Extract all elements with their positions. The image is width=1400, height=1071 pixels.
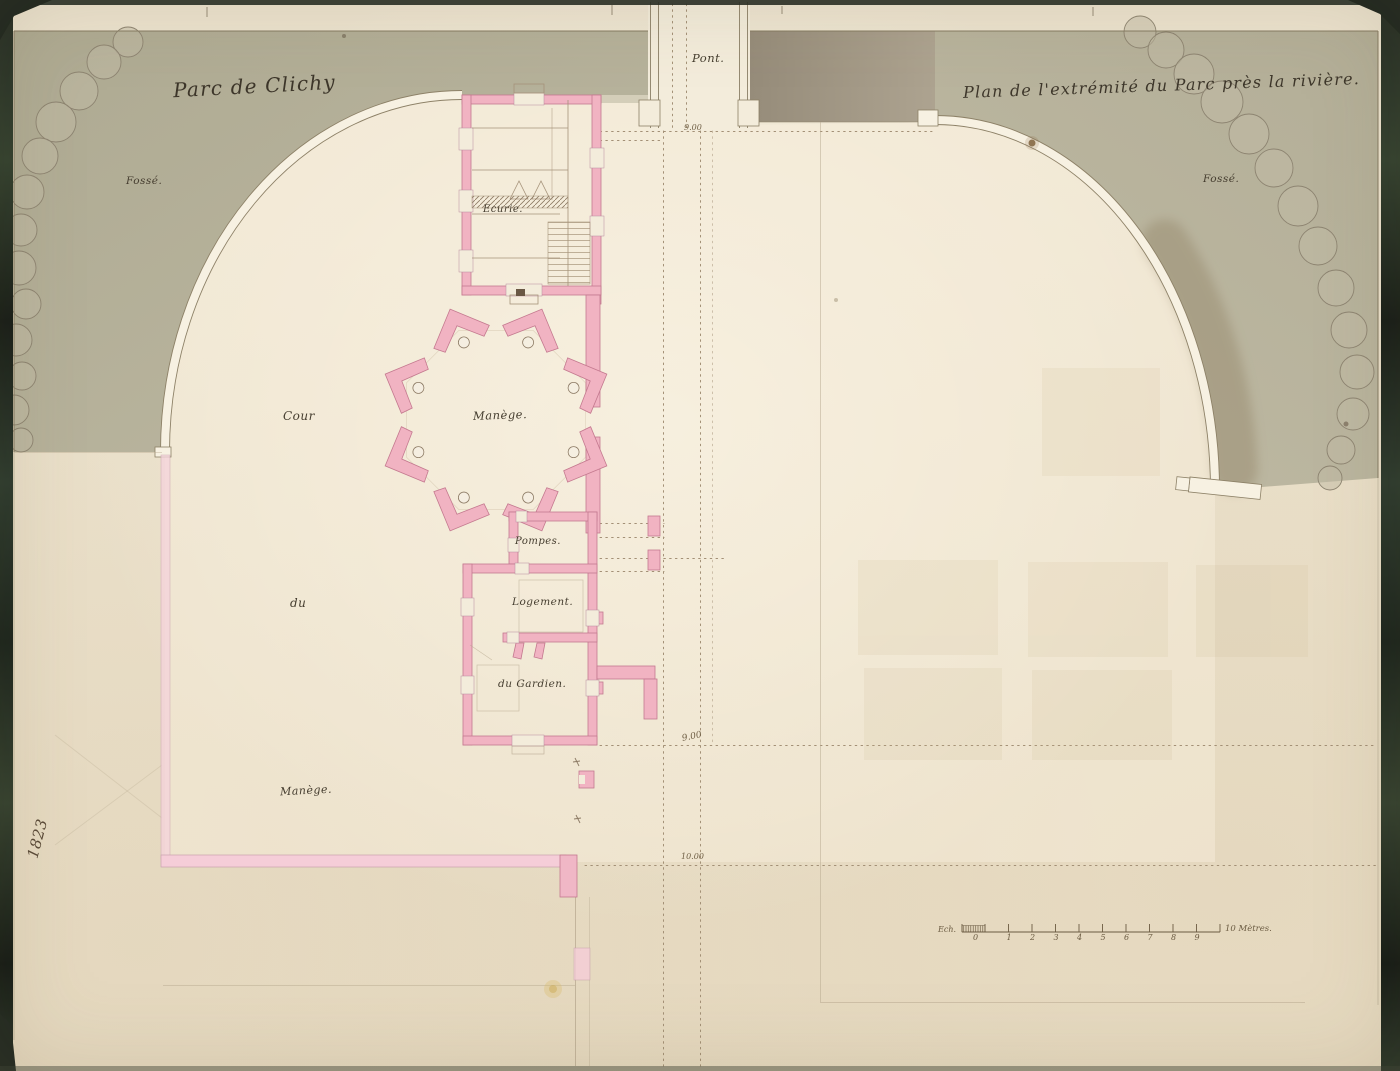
- scale-tick-label: 4: [1077, 934, 1082, 942]
- label-logement: Logement.: [512, 597, 573, 608]
- scale-tick-label: 0: [973, 934, 978, 942]
- scale-tick-label: 3: [1054, 934, 1059, 942]
- scale-bar: [962, 924, 1220, 932]
- gate-pier: [648, 516, 660, 536]
- scale-tick-label: 1: [1007, 934, 1012, 942]
- label-pompes: Pompes.: [515, 537, 561, 547]
- label-cour: Cour: [283, 410, 315, 422]
- scale-tick-label: 8: [1171, 934, 1176, 942]
- label-fosse-left: Fossé.: [126, 176, 162, 187]
- scale-tick-label: 2: [1030, 934, 1035, 942]
- scale-tick-label: 9: [1195, 934, 1200, 942]
- label-du: du: [290, 597, 306, 609]
- bridge-abutment-left: [639, 100, 660, 126]
- label-fosse-right: Fossé.: [1203, 174, 1239, 185]
- wash-dark-riverbank: [750, 31, 935, 122]
- label-manege-center: Manège.: [473, 409, 528, 422]
- ecurie-stair: [548, 222, 590, 284]
- scale-tick-label: 6: [1124, 934, 1129, 942]
- scanned-plan-sheet: Parc de Clichy Plan de l'extrémité du Pa…: [0, 0, 1400, 1071]
- scale-prefix: Ech.: [938, 926, 956, 934]
- dim-road-top: 9.00: [684, 124, 702, 132]
- gate-post: [579, 771, 594, 788]
- label-pont: Pont.: [692, 53, 724, 65]
- south-left-wall: [463, 564, 472, 745]
- dim-road-bottom: 10.00: [681, 853, 704, 861]
- gate-pier: [648, 550, 660, 570]
- yard-wall: [597, 666, 655, 679]
- scale-end-label: 10 Mètres.: [1225, 925, 1272, 934]
- yard-wall: [644, 679, 657, 719]
- plan-drawing: [0, 0, 1400, 1071]
- ecurie-door-post: [516, 289, 525, 296]
- scale-tick-label: 5: [1101, 934, 1106, 942]
- label-ecurie: Ecurie.: [483, 205, 523, 215]
- bridge: [639, 0, 759, 131]
- scale-tick-label: 7: [1148, 934, 1153, 942]
- label-manege-lower: Manège.: [280, 784, 332, 798]
- bridge-abutment-right: [738, 100, 759, 126]
- south-right-wall: [588, 512, 597, 745]
- label-du-gardien: du Gardien.: [498, 679, 566, 690]
